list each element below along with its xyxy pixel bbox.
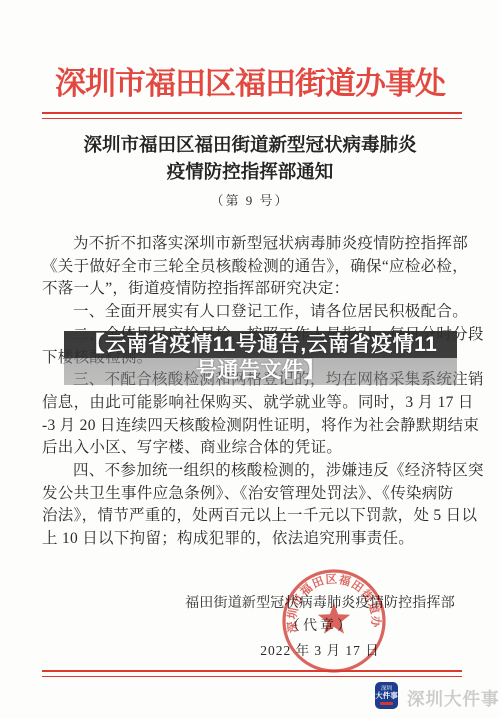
watermark-label: 深圳大件事 xyxy=(407,686,500,711)
overlay-watermark-box: 【云南省疫情11号通告,云南省疫情11 号通告文件】 xyxy=(64,331,457,385)
body-line: 不落一人”，街道疫情防控指挥部研究决定： xyxy=(42,278,472,301)
signature-org: 福田街道新型冠状病毒肺炎疫情防控指挥部 xyxy=(140,592,500,615)
document-body: 为不折不扣落实深圳市新型冠状病毒肺炎疫情防控指挥部 《关于做好全市三轮全员核酸检… xyxy=(42,233,472,551)
document-title-line2: 疫情防控指挥部通知 xyxy=(0,160,500,187)
news-app-logo-icon: 深圳 大件事 xyxy=(375,682,398,709)
body-line: 《关于做好全市三轮全员核酸检测的通告》，确保“应检必检， xyxy=(42,256,472,279)
document-title-line1: 深圳市福田区福田街道新型冠状病毒肺炎 xyxy=(0,133,500,160)
body-line: 一、全面开展实有人口登记工作，请各位居民积极配合。 xyxy=(42,301,472,324)
document-issue-number: （第 9 号） xyxy=(0,190,500,209)
body-line: 治法》，情节严重的，处两百元以上一千元以下罚款，处 5 日以 xyxy=(42,505,472,528)
logo-text-main: 大件事 xyxy=(375,692,398,700)
signature-note: （代章） xyxy=(140,615,500,639)
document-title: 深圳市福田区福田街道新型冠状病毒肺炎 疫情防控指挥部通知 xyxy=(0,133,500,186)
body-line: -3 月 20 日连续四天核酸检测阴性证明，将作为社会静默期结束 xyxy=(42,415,472,438)
overlay-text-line2: 号通告文件】 xyxy=(196,358,325,384)
agency-header-title: 深圳市福田区福田街道办事处 xyxy=(0,58,500,103)
body-line: 上 10 日以下拘留；构成犯罪的，依法追究刑事责任。 xyxy=(42,528,472,551)
body-line: 信息，由此可能影响社保购买、就学就业等。同时，3 月 17 日 xyxy=(42,392,472,415)
body-line: 为不折不扣落实深圳市新型冠状病毒肺炎疫情防控指挥部 xyxy=(42,233,472,256)
signature-date: 2022 年 3 月 17 日 xyxy=(140,639,500,662)
logo-red-bar xyxy=(380,702,393,705)
scanned-notice-page: 深圳市福田区福田街道办事处 深圳市福田区福田街道新型冠状病毒肺炎 疫情防控指挥部… xyxy=(0,0,500,718)
body-line: 四、不参加统一组织的核酸检测的，涉嫌违反《经济特区突 xyxy=(42,460,472,483)
body-line: 发公共卫生事件应急条例》、《治安管理处罚法》、《传染病防 xyxy=(42,483,472,506)
signature-block: 福田街道新型冠状病毒肺炎疫情防控指挥部 （代章） 2022 年 3 月 17 日 xyxy=(140,592,500,662)
body-line: 后出入小区、写字楼、商业综合体的凭证。 xyxy=(42,437,472,460)
overlay-text-line1: 【云南省疫情11号通告,云南省疫情11 xyxy=(84,332,438,358)
red-rule-bottom xyxy=(42,670,462,677)
red-rule-top xyxy=(42,112,462,119)
